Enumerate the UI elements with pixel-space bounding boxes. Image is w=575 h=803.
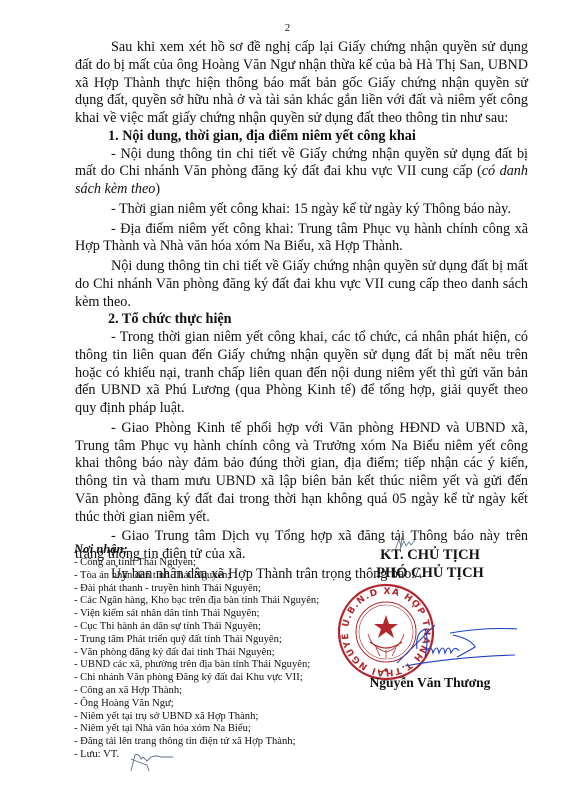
recipient-item: - Ông Hoàng Văn Ngư; [74,698,354,711]
signature-title-block: KT. CHỦ TỊCH PHÓ CHỦ TỊCH [345,546,515,582]
initial-mark [127,751,177,775]
recipients-title: Nơi nhận: [74,542,354,557]
section-2-heading: 2. Tổ chức thực hiện [75,311,528,329]
recipient-item: - UBND các xã, phường trên địa bàn tỉnh … [74,659,354,672]
recipient-item: - Tòa án nhân dân tỉnh Thái Nguyên; [74,570,354,583]
recipient-item: - Lưu: VT. [74,749,354,762]
intro-paragraph: Sau khi xem xét hồ sơ đề nghị cấp lại Gi… [75,39,528,128]
handwritten-signature [395,613,520,668]
document-body: Sau khi xem xét hồ sơ đề nghị cấp lại Gi… [75,39,528,584]
section-2-item: - Trong thời gian niêm yết công khai, cá… [75,329,528,418]
signature-title-line2: PHÓ CHỦ TỊCH [345,564,515,582]
section-1-place: - Địa điểm niêm yết công khai: Trung tâm… [75,221,528,257]
signer-name: Nguyễn Văn Thương [345,675,515,691]
recipient-item: - Công an tỉnh Thái Nguyên; [74,557,354,570]
recipient-item: - Viện kiểm sát nhân dân tỉnh Thái Nguyê… [74,608,354,621]
section-1-heading: 1. Nội dung, thời gian, địa điểm niêm yế… [75,128,528,146]
recipient-item: - Chi nhánh Văn phòng Đăng ký đất đai Kh… [74,672,354,685]
recipients-block: Nơi nhận: - Công an tỉnh Thái Nguyên; - … [74,538,354,762]
signature-title-line1: KT. CHỦ TỊCH [345,546,515,564]
recipient-item: - Công an xã Hợp Thành; [74,685,354,698]
recipients-list: - Công an tỉnh Thái Nguyên; - Tòa án nhâ… [74,557,354,762]
content-text: - Nội dung thông tin chi tiết về Giấy ch… [75,146,528,180]
section-1-note: Nội dung thông tin chi tiết về Giấy chứn… [75,258,528,311]
document-footer: Nơi nhận: - Công an tỉnh Thái Nguyên; - … [0,538,575,803]
recipient-item: - Văn phòng đăng ký đất đai tỉnh Thái Ng… [74,647,354,660]
content-suffix: ) [155,181,160,197]
recipient-item: - Niêm yết tại Nhà văn hóa xóm Na Biểu; [74,723,354,736]
section-1-time: - Thời gian niêm yết công khai: 15 ngày … [75,201,528,219]
section-1-content: - Nội dung thông tin chi tiết về Giấy ch… [75,146,528,199]
recipient-item: - Đăng tải lên trang thông tin điện tử x… [74,736,354,749]
recipient-item: - Cục Thi hành án dân sự tỉnh Thái Nguyê… [74,621,354,634]
recipient-item: - Đài phát thanh - truyền hình Thái Nguy… [74,583,354,596]
recipient-item: - Trung tâm Phát triển quỹ đất tỉnh Thái… [74,634,354,647]
recipient-item: - Các Ngân hàng, Kho bạc trên địa bàn tỉ… [74,595,354,608]
page-number: 2 [0,22,575,34]
section-2-item: - Giao Phòng Kinh tế phối hợp với Văn ph… [75,420,528,527]
recipient-item: - Niêm yết tại trụ sở UBND xã Hợp Thành; [74,711,354,724]
